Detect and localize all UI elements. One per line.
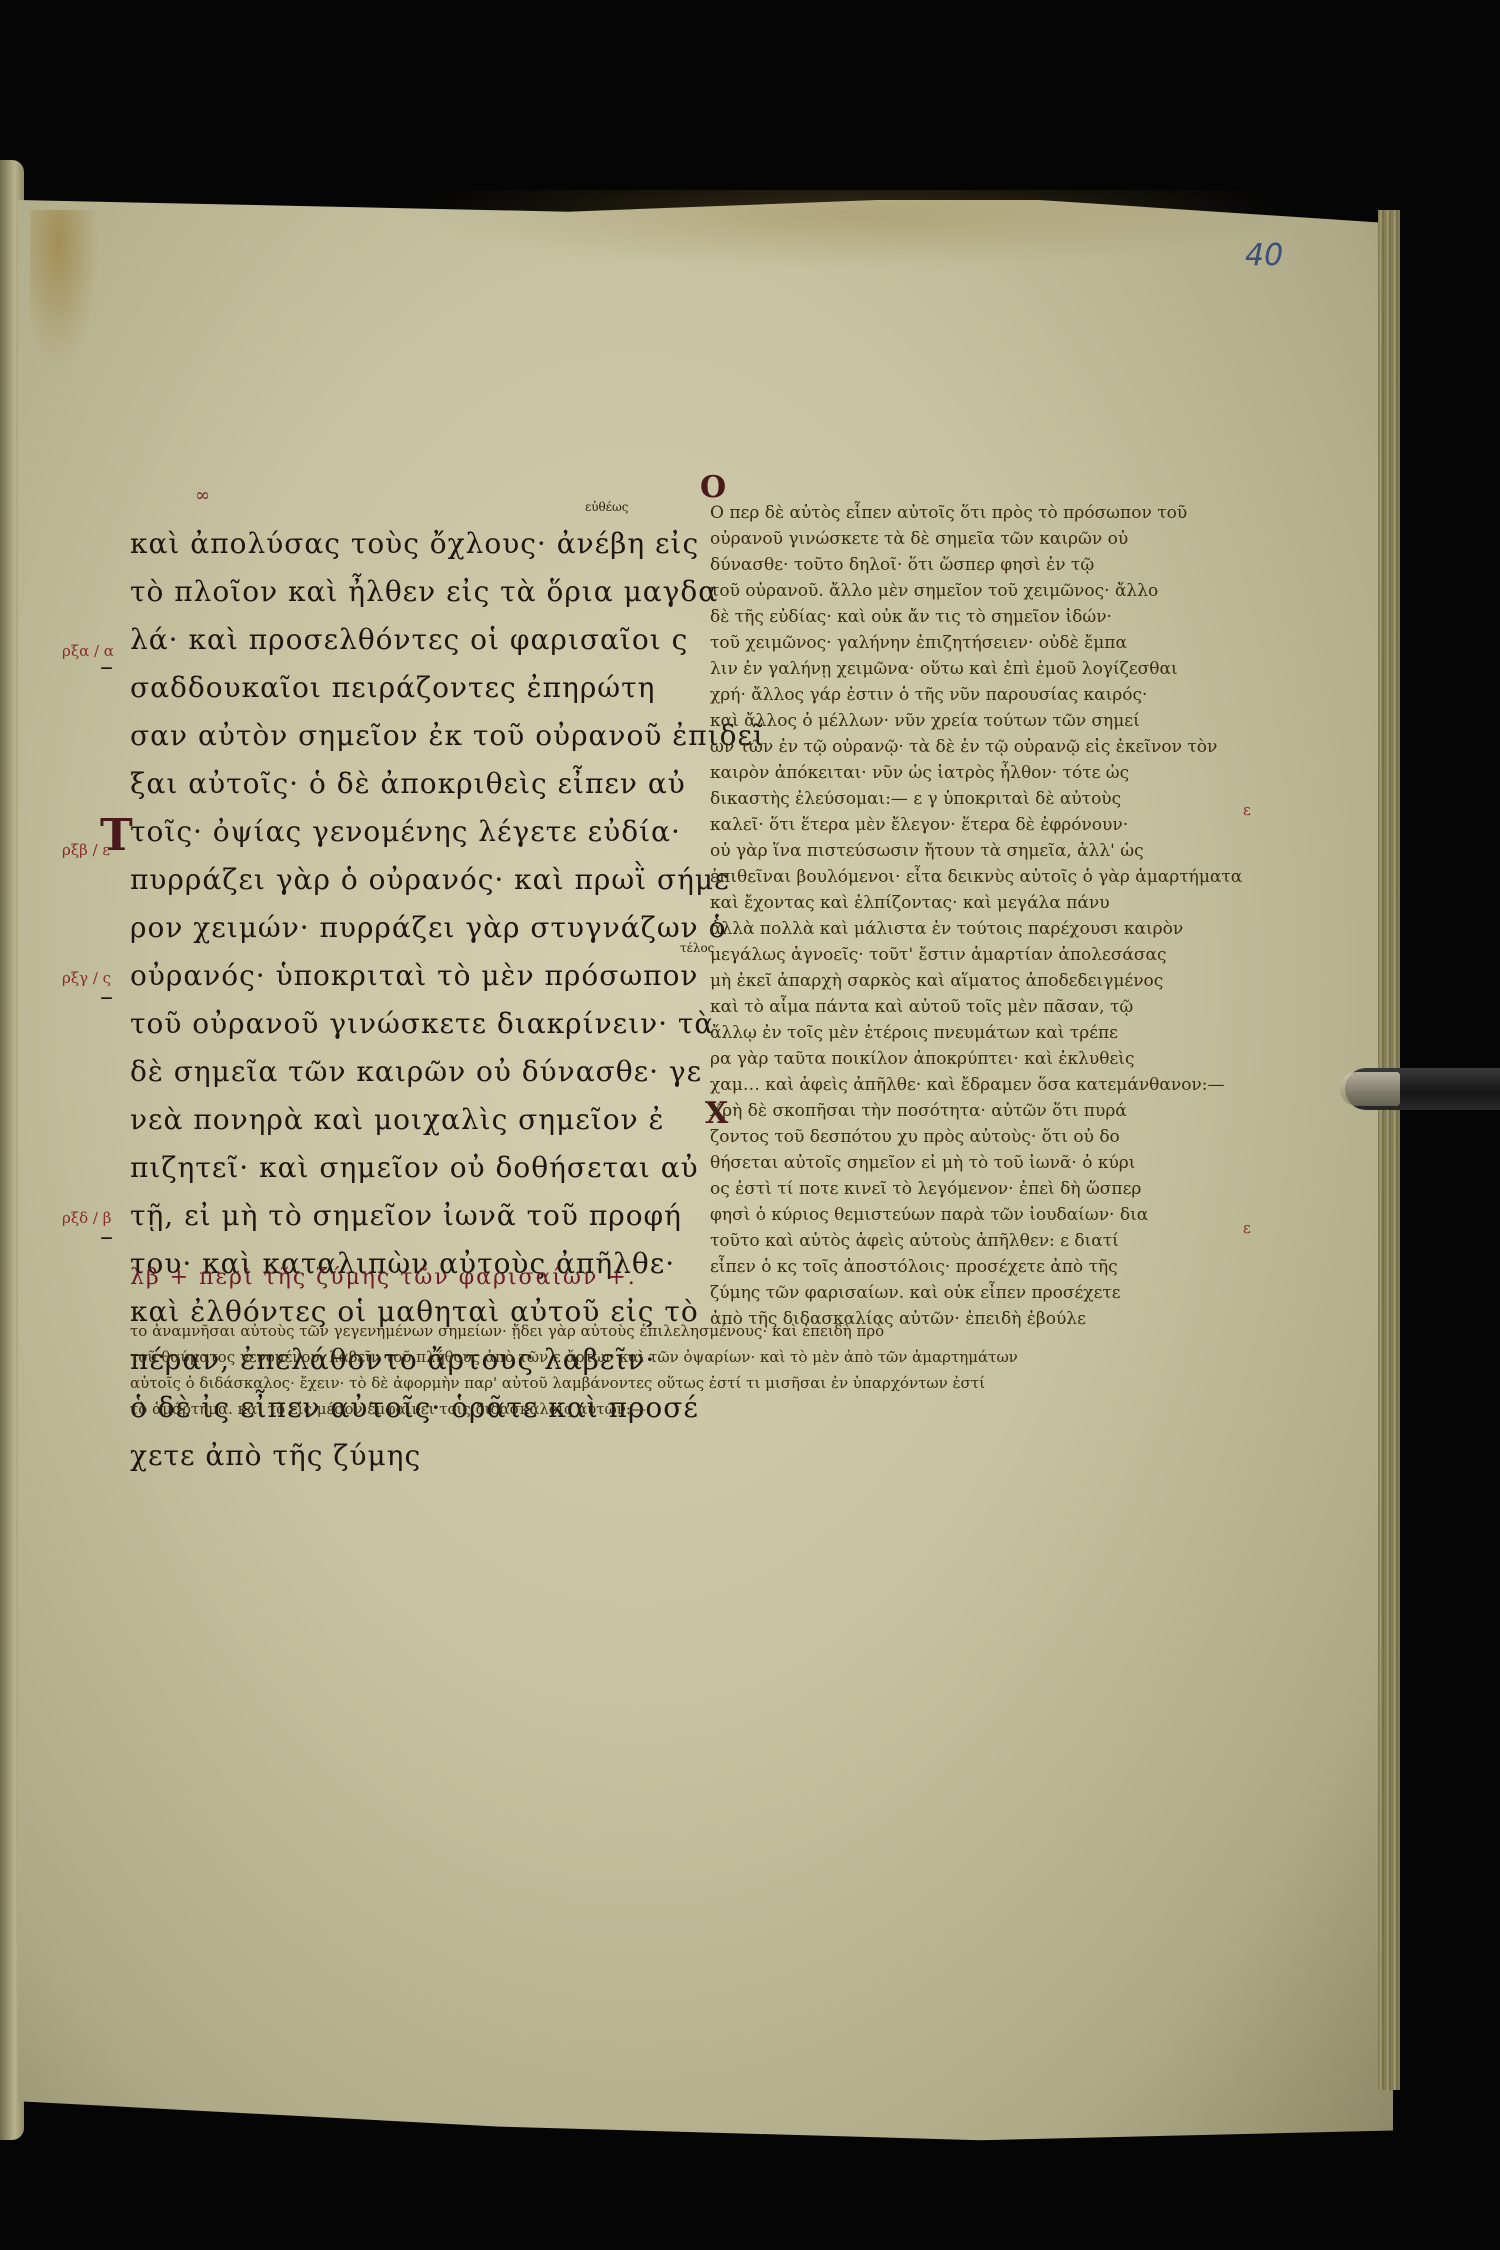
commentary-line: Χρὴ δὲ σκοπῆσαι τὴν ποσότητα· αὐτῶν ὅτι … bbox=[710, 1098, 1270, 1124]
folio-number: 40 bbox=[1245, 238, 1283, 273]
text-line: πιζητεῖ· καὶ σημεῖον οὐ δοθήσεται αὐ bbox=[130, 1144, 690, 1192]
commentary-line: ων τῶν ἐν τῷ οὐρανῷ· τὰ δὲ ἐν τῷ οὐρανῷ … bbox=[710, 734, 1270, 760]
text-line: οὐρανός· ὑποκριταὶ τὸ μὲν πρόσωπον bbox=[130, 952, 690, 1000]
commentary-line: ος ἐστὶ τί ποτε κινεῖ τὸ λεγόμενον· ἐπεὶ… bbox=[710, 1176, 1270, 1202]
commentary-line: μεγάλως ἁγνοεῖς· τοῦτ' ἔστιν ἁμαρτίαν ἀπ… bbox=[710, 942, 1270, 968]
commentary-line: καὶ ἄλλος ὁ μέλλων· νῦν χρεία τούτων τῶν… bbox=[710, 708, 1270, 734]
text-line: ξαι αὐτοῖς· ὁ δὲ ἀποκριθεὶς εἶπεν αὐ bbox=[130, 760, 690, 808]
commentary-column: Ο περ δὲ αὐτὸς εἶπεν αὐτοῖς ὅτι πρὸς τὸ … bbox=[710, 500, 1270, 1332]
commentary-line: Ο περ δὲ αὐτὸς εἶπεν αὐτοῖς ὅτι πρὸς τὸ … bbox=[710, 500, 1270, 526]
text-line: σαδδουκαῖοι πειράζοντες ἐπηρώτη bbox=[130, 664, 690, 712]
text-line: τοῖς· ὀψίας γενομένης λέγετε εὐδία· bbox=[130, 808, 690, 856]
commentary-line: τοῦ οὐρανοῦ. ἄλλο μὲν σημεῖον τοῦ χειμῶν… bbox=[710, 578, 1270, 604]
rubric-mark: ∞ bbox=[195, 488, 210, 504]
text-line: τὸ πλοῖον καὶ ἦλθεν εἰς τὰ ὅρια μαγδα bbox=[130, 568, 690, 616]
commentary-line: τοῦ θαύματος γενομένου· λαβεῖν τοῦ πλήθο… bbox=[130, 1344, 1250, 1370]
page-edges-stack bbox=[1378, 210, 1400, 2090]
commentary-line: τοῦτο καὶ αὐτὸς ἀφεὶς αὐτοὺς ἀπῆλθεν: ε … bbox=[710, 1228, 1270, 1254]
commentary-line: καὶ τὸ αἷμα πάντα καὶ αὐτοῦ τοῖς μὲν πᾶσ… bbox=[710, 994, 1270, 1020]
commentary-line: ἄλλῳ ἐν τοῖς μὲν ἑτέροις πνευμάτων καὶ τ… bbox=[710, 1020, 1270, 1046]
text-line: σαν αὐτὸν σημεῖον ἐκ τοῦ οὐρανοῦ ἐπιδεῖ bbox=[130, 712, 690, 760]
line-dash: – bbox=[100, 982, 113, 1012]
commentary-line: ζύμης τῶν φαρισαίων. καὶ οὐκ εἶπεν προσέ… bbox=[710, 1280, 1270, 1306]
commentary-line: δύνασθε· τοῦτο δηλοῖ· ὅτι ὥσπερ φησὶ ἐν … bbox=[710, 552, 1270, 578]
commentary-line: αὐτοῖς ὁ διδάσκαλος· ἔχειν· τὸ δὲ ἀφορμὴ… bbox=[130, 1370, 1250, 1396]
commentary-line: το ἀναμνῆσαι αὐτοὺς τῶν γεγενημένων σημε… bbox=[130, 1318, 1250, 1344]
text-line: λά· καὶ προσελθόντες οἱ φαρισαῖοι ς bbox=[130, 616, 690, 664]
commentary-line: ἐπιθεῖναι βουλόμενοι· εἶτα δεικνὺς αὐτοῖ… bbox=[710, 864, 1270, 890]
commentary-line: δικαστὴς ἐλεύσομαι:— ε γ ὑποκριταὶ δὲ αὐ… bbox=[710, 786, 1270, 812]
text-line: καὶ ἀπολύσας τοὺς ὄχλους· ἀνέβη εἰς bbox=[130, 520, 690, 568]
commentary-line: ἀλλὰ πολλὰ καὶ μάλιστα ἐν τούτοις παρέχο… bbox=[710, 916, 1270, 942]
commentary-line: ζοντος τοῦ δεσπότου χυ πρὸς αὐτοὺς· ὅτι … bbox=[710, 1124, 1270, 1150]
text-line: νεὰ πονηρὰ καὶ μοιχαλὶς σημεῖον ἐ bbox=[130, 1096, 690, 1144]
water-stain bbox=[30, 210, 100, 370]
decorated-initial-tau: Τ bbox=[100, 810, 133, 861]
top-stain bbox=[400, 190, 1300, 270]
commentary-line: μὴ ἐκεῖ ἀπαρχὴ σαρκὸς καὶ αἵματος ἀποδεδ… bbox=[710, 968, 1270, 994]
text-line: δὲ σημεῖα τῶν καιρῶν οὐ δύνασθε· γε bbox=[130, 1048, 690, 1096]
commentary-line: θήσεται αὐτοῖς σημεῖον εἰ μὴ τὸ τοῦ ἰωνᾶ… bbox=[710, 1150, 1270, 1176]
commentary-line: καλεῖ· ὅτι ἕτερα μὲν ἔλεγον· ἕτερα δὲ ἐφ… bbox=[710, 812, 1270, 838]
interlinear-gloss: εὐθέως bbox=[585, 500, 628, 514]
text-line: χετε ἀπὸ τῆς ζύμης bbox=[130, 1432, 690, 1480]
commentary-line: φησὶ ὁ κύριος θεμιστεύων παρὰ τῶν ἰουδαί… bbox=[710, 1202, 1270, 1228]
text-line: τῇ, εἰ μὴ τὸ σημεῖον ἰωνᾶ τοῦ προφή bbox=[130, 1192, 690, 1240]
line-dash: – bbox=[100, 652, 113, 682]
text-line: ρον χειμών· πυρράζει γὰρ στυγνάζων ὁ bbox=[130, 904, 690, 952]
commentary-line: χαμ… καὶ ἀφεὶς ἀπῆλθε· καὶ ἔδραμεν ὅσα κ… bbox=[710, 1072, 1270, 1098]
commentary-bottom-paragraph: το ἀναμνῆσαι αὐτοὺς τῶν γεγενημένων σημε… bbox=[130, 1318, 1250, 1422]
text-line: τοῦ οὐρανοῦ γινώσκετε διακρίνειν· τὰ bbox=[130, 1000, 690, 1048]
commentary-line: τοῦ χειμῶνος· γαλήνην ἐπιζητήσειεν· οὐδὲ… bbox=[710, 630, 1270, 656]
line-dash: – bbox=[100, 1222, 113, 1252]
commentary-line: οὐρανοῦ γινώσκετε τὰ δὲ σημεῖα τῶν καιρῶ… bbox=[710, 526, 1270, 552]
page-weight-tip bbox=[1340, 1072, 1400, 1106]
commentary-line: ρα γὰρ ταῦτα ποικίλον ἀποκρύπτει· καὶ ἐκ… bbox=[710, 1046, 1270, 1072]
commentary-line: εἶπεν ὁ κς τοῖς ἀποστόλοις· προσέχετε ἀπ… bbox=[710, 1254, 1270, 1280]
commentary-line: καιρὸν ἀπόκειται· νῦν ὡς ἰατρὸς ἦλθον· τ… bbox=[710, 760, 1270, 786]
commentary-line: λιν ἐν γαλήνῃ χειμῶνα· οὕτω καὶ ἐπὶ ἐμοῦ… bbox=[710, 656, 1270, 682]
commentary-line: τὸ ἁμάρτημα. καὶ τὸ εἰς μέσον ἐμφαίνει τ… bbox=[130, 1396, 1250, 1422]
commentary-line: δὲ τῆς εὐδίας· καὶ οὐκ ἄν τις τὸ σημεῖον… bbox=[710, 604, 1270, 630]
commentary-line: οὐ γὰρ ἵνα πιστεύσωσιν ἤτουν τὰ σημεῖα, … bbox=[710, 838, 1270, 864]
section-title-rubric: λβ + περὶ τῆς ζύμης τῶν φαρισαίων +. bbox=[130, 1265, 637, 1290]
commentary-line: καὶ ἔχοντας καὶ ἐλπίζοντας· καὶ μεγάλα π… bbox=[710, 890, 1270, 916]
commentary-line: χρή· ἄλλος γάρ ἐστιν ὁ τῆς νῦν παρουσίας… bbox=[710, 682, 1270, 708]
text-line: πυρράζει γὰρ ὁ οὐρανός· καὶ πρωῒ σήμε bbox=[130, 856, 690, 904]
